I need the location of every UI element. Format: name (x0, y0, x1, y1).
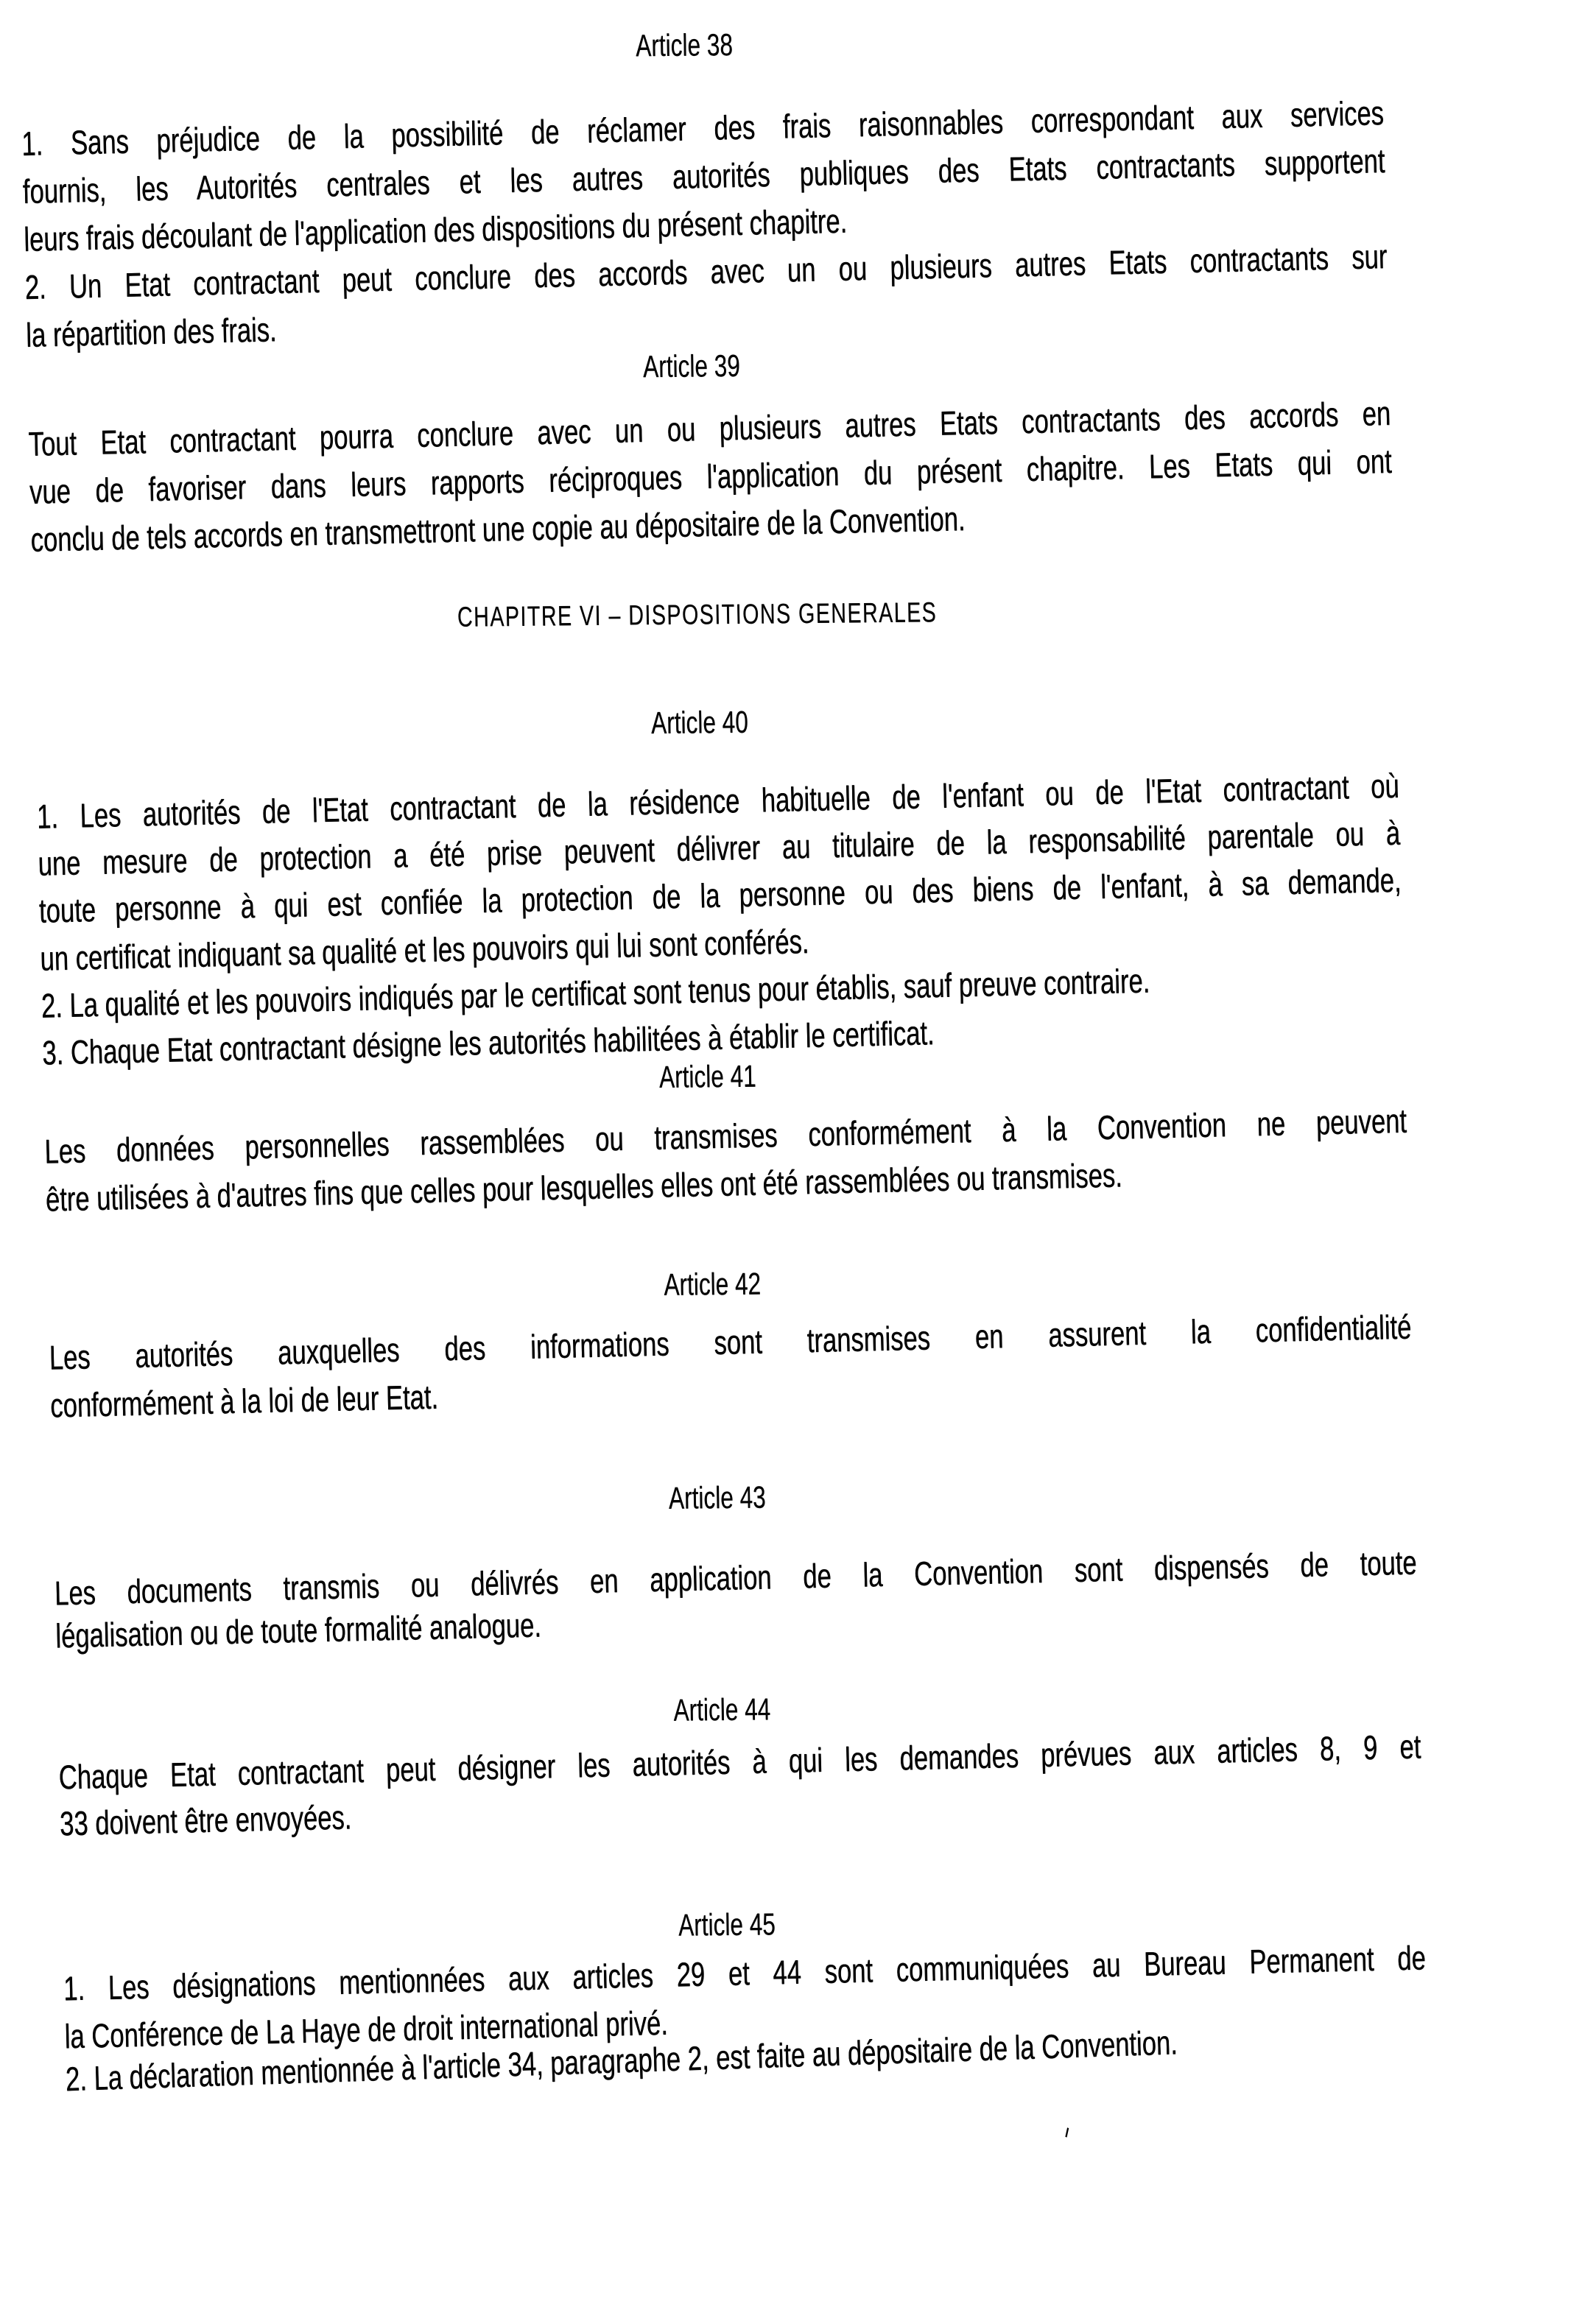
page-background: Article 381. Sans préjudice de la possib… (0, 0, 1596, 2324)
article-heading: Article 43 (52, 1473, 1382, 1523)
scan-artifact-mark (1065, 2127, 1069, 2137)
document-content: Article 381. Sans préjudice de la possib… (18, 0, 1433, 2323)
article-heading: Article 42 (47, 1259, 1377, 1309)
article-heading: Article 40 (35, 697, 1365, 747)
chapter-heading: CHAPITRE VI – DISPOSITIONS GENERALES (32, 591, 1362, 638)
article-heading: Article 38 (19, 21, 1349, 71)
